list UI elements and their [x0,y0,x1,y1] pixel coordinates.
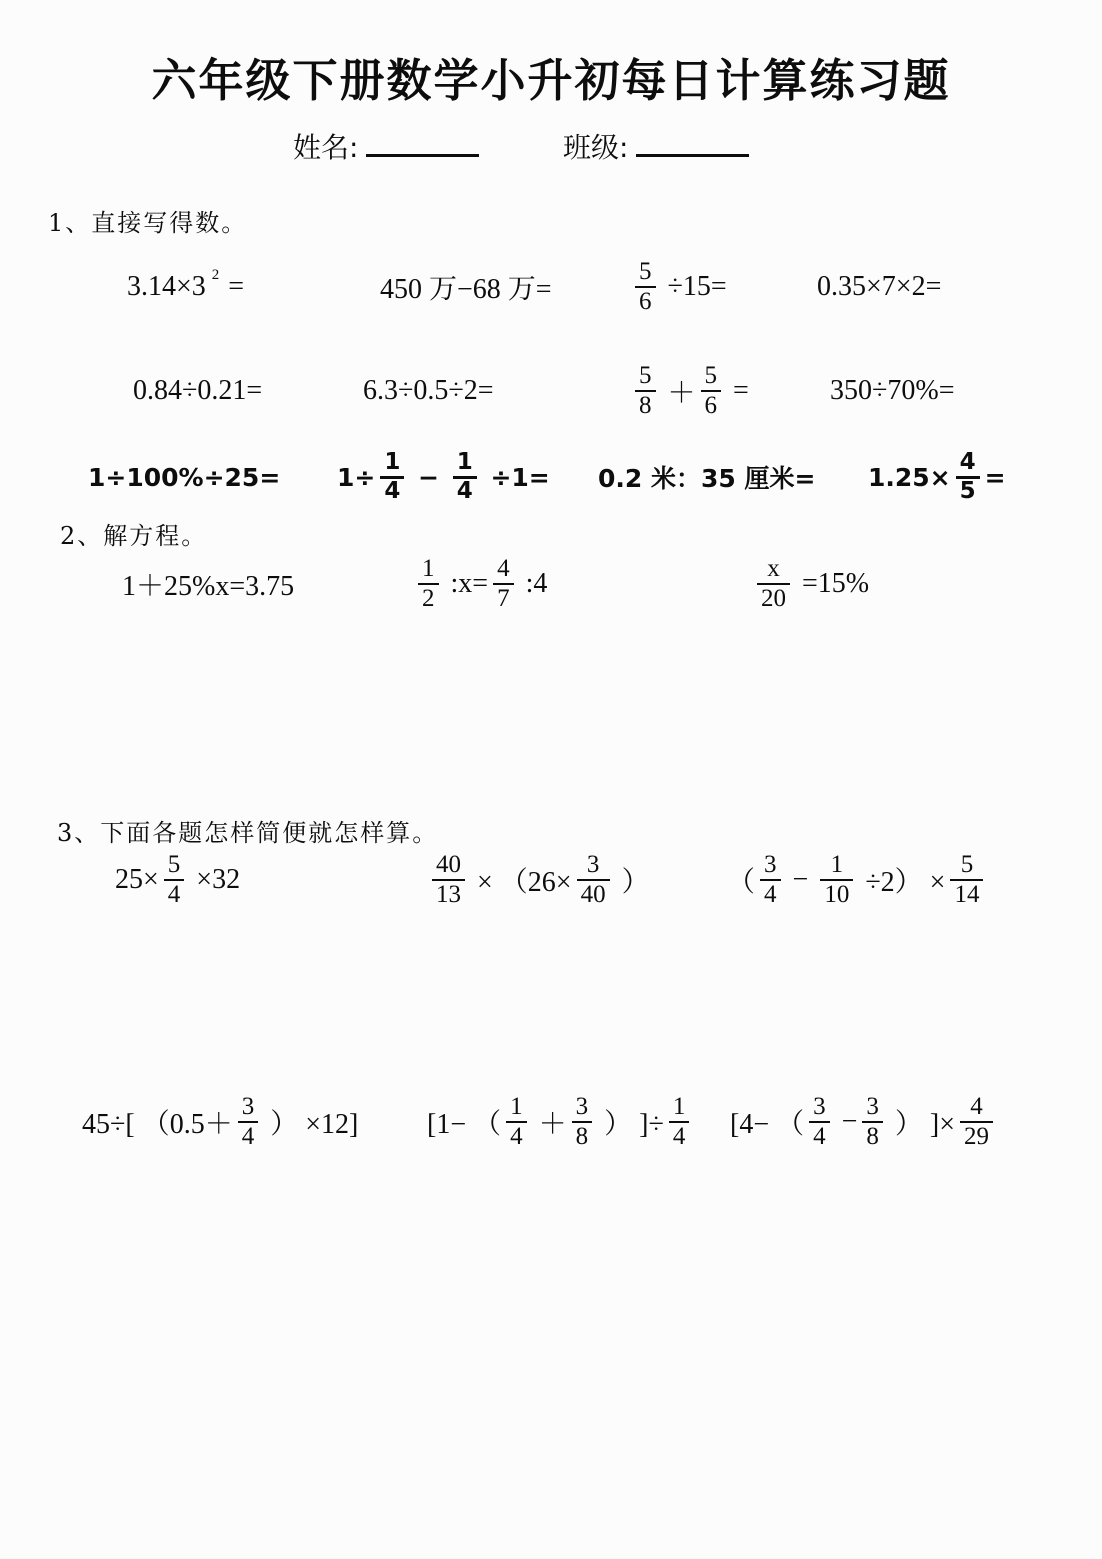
expr-s3-r2c3: [4− （34 −38 ） ]×429 [730,1090,998,1154]
expr-s1-r3c4: 1.25×45= [868,445,1006,509]
expr-s1-r3c3: 0.2 米：35 厘米= [598,445,815,509]
expr-s2-c2: 12 :x=47 :4 [413,552,547,616]
fraction: 110 [820,851,853,909]
expr-s3-r2c1: 45÷[ （0.5＋34 ） ×12] [82,1090,358,1154]
fraction: x20 [757,555,790,613]
page-title: 六年级下册数学小升初每日计算练习题 [0,44,1102,109]
expr-s1-r2c4: 350÷70%= [830,359,954,423]
expr-s1-r3c1: 1÷100%÷25= [88,445,280,509]
expr-s2-c1: 1＋25%x=3.75 [122,552,294,616]
fraction: 12 [418,555,439,613]
fraction: 429 [960,1093,993,1151]
fraction: 56 [701,362,722,420]
fraction: 38 [572,1093,593,1151]
section-2-heading: 2、解方程。 [60,516,207,551]
fraction: 14 [453,450,477,505]
class-blank-line [636,126,749,157]
fraction: 54 [164,851,185,909]
name-field: 姓名: [293,126,479,166]
expr-s3-r1c2: 4013 × （26×340 ） [427,848,650,912]
class-label: 班级: [563,131,628,164]
expr-s3-r1c1: 25×54 ×32 [115,848,240,912]
fraction: 34 [760,851,781,909]
fraction: 34 [238,1093,259,1151]
expr-s1-r1c3: 56 ÷15= [630,255,727,319]
fraction: 47 [493,555,514,613]
section-1-heading: 1、直接写得数。 [48,203,247,238]
expr-s3-r2c2: [1− （14 ＋38 ） ]÷14 [427,1090,694,1154]
name-blank-line [366,126,479,157]
expr-s2-c3: x20 =15% [752,552,869,616]
fraction: 14 [506,1093,527,1151]
exponent: 2 [212,267,220,284]
fraction: 34 [809,1093,830,1151]
section-3-heading: 3、下面各题怎样简便就怎样算。 [57,813,438,848]
fraction: 38 [862,1093,883,1151]
expr-s1-r3c2: 1÷14 − 14 ÷1= [337,445,550,509]
fraction: 340 [577,851,610,909]
expr-s1-r2c3: 58 ＋56 = [630,359,749,423]
fraction: 56 [635,258,656,316]
expr-s1-r2c1: 0.84÷0.21= [133,359,262,423]
fraction: 14 [669,1093,690,1151]
fraction: 4013 [432,851,465,909]
expr-s3-r1c3: （34 − 110 ÷2） ×514 [727,848,988,912]
fraction: 14 [380,450,404,505]
expr-s1-r1c1: 3.14×32= [127,255,244,319]
class-field: 班级: [563,126,749,166]
name-label: 姓名: [293,131,358,164]
fraction: 45 [956,450,980,505]
fraction: 514 [950,851,983,909]
expr-s1-r1c4: 0.35×7×2= [817,255,941,319]
expr-s1-r2c2: 6.3÷0.5÷2= [363,359,494,423]
expr-s1-r1c2: 450 万−68 万= [380,255,552,319]
fraction: 58 [635,362,656,420]
